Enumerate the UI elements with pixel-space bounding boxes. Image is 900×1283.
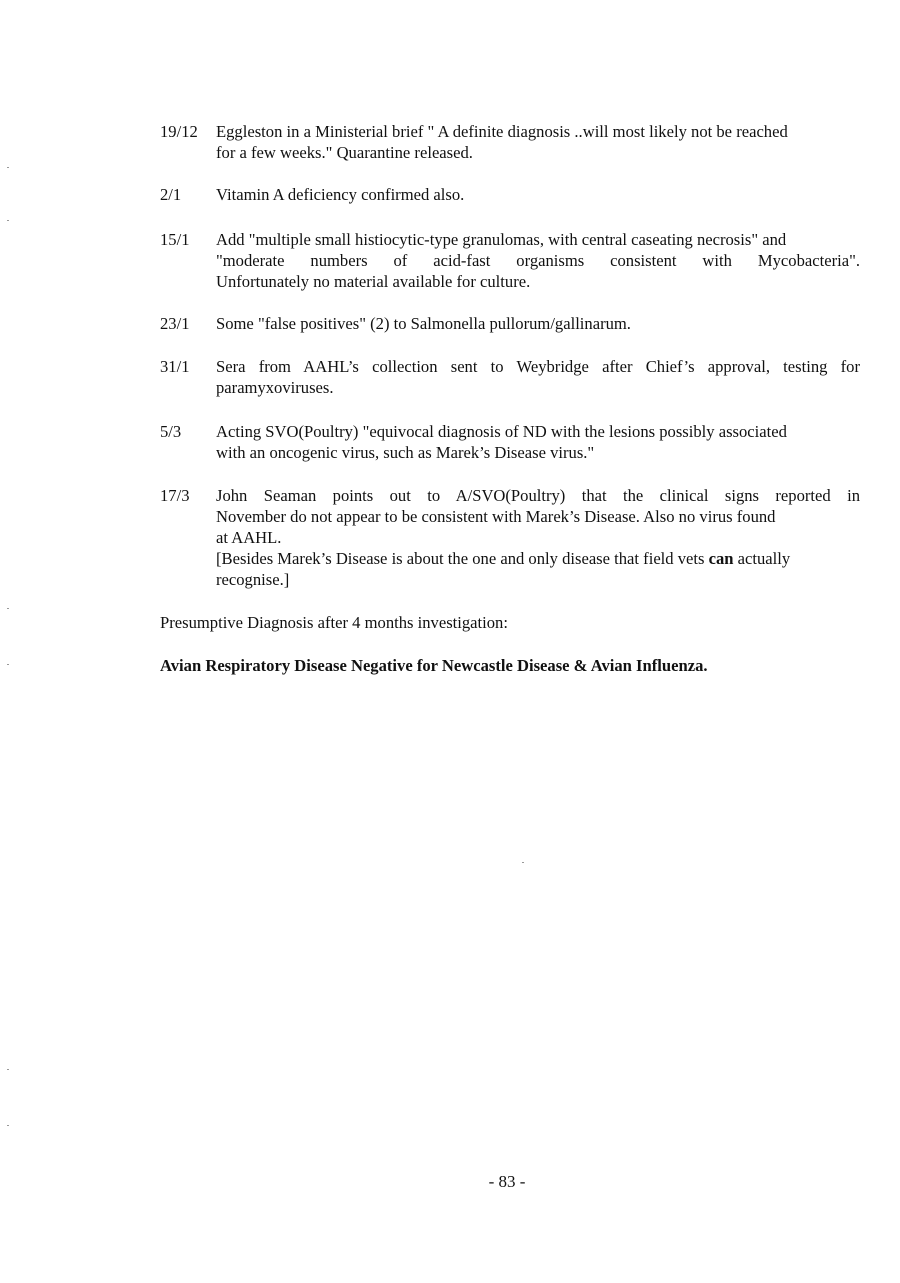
chronology-entry: 2/1 Vitamin A deficiency confirmed also.: [160, 184, 860, 205]
chronology-entry: 19/12 Eggleston in a Ministerial brief "…: [160, 121, 860, 163]
entry-text: Some "false positives" (2) to Salmonella…: [216, 313, 860, 334]
entry-date: 5/3: [160, 421, 216, 442]
entry-line: Add "multiple small histiocytic-type gra…: [216, 229, 860, 250]
page-number: - 83 -: [0, 1172, 900, 1192]
entry-date: 19/12: [160, 121, 216, 142]
note-text: [Besides Marek’s Disease is about the on…: [216, 549, 709, 568]
entry-line: Unfortunately no material available for …: [216, 271, 860, 292]
entry-line: John Seaman points out to A/SVO(Poultry)…: [216, 485, 860, 506]
presumptive-diagnosis-label: Presumptive Diagnosis after 4 months inv…: [160, 612, 508, 633]
chronology-entry: 5/3 Acting SVO(Poultry) "equivocal diagn…: [160, 421, 860, 463]
scan-speck: [7, 1125, 9, 1126]
entry-line: Acting SVO(Poultry) "equivocal diagnosis…: [216, 421, 860, 442]
entry-date: 2/1: [160, 184, 216, 205]
note-emphasis: can: [709, 549, 734, 568]
editorial-note: [Besides Marek’s Disease is about the on…: [216, 548, 860, 569]
scan-speck: [7, 608, 9, 609]
scan-speck: [522, 862, 524, 863]
chronology-entry: 17/3 John Seaman points out to A/SVO(Pou…: [160, 485, 860, 590]
entry-date: 17/3: [160, 485, 216, 506]
entry-text: John Seaman points out to A/SVO(Poultry)…: [216, 485, 860, 590]
entry-date: 15/1: [160, 229, 216, 250]
note-text: actually: [734, 549, 791, 568]
entry-line: paramyxoviruses.: [216, 377, 860, 398]
entry-line: at AAHL.: [216, 527, 860, 548]
entry-line: Vitamin A deficiency confirmed also.: [216, 184, 860, 205]
scan-speck: [7, 1069, 9, 1070]
entry-text: Sera from AAHL’s collection sent to Weyb…: [216, 356, 860, 398]
entry-text: Eggleston in a Ministerial brief " A def…: [216, 121, 860, 163]
editorial-note-end: recognise.]: [216, 569, 860, 590]
conclusion-heading: Avian Respiratory Disease Negative for N…: [160, 655, 708, 676]
entry-line: for a few weeks." Quarantine released.: [216, 142, 860, 163]
entry-date: 31/1: [160, 356, 216, 377]
scan-speck: [7, 220, 9, 221]
entry-text: Acting SVO(Poultry) "equivocal diagnosis…: [216, 421, 860, 463]
entry-line: Some "false positives" (2) to Salmonella…: [216, 313, 860, 334]
document-page: 19/12 Eggleston in a Ministerial brief "…: [0, 0, 900, 1283]
entry-line: November do not appear to be consistent …: [216, 506, 860, 527]
entry-text: Add "multiple small histiocytic-type gra…: [216, 229, 860, 292]
scan-speck: [7, 664, 9, 665]
chronology-entry: 15/1 Add "multiple small histiocytic-typ…: [160, 229, 860, 292]
entry-line: Sera from AAHL’s collection sent to Weyb…: [216, 356, 860, 377]
chronology-entry: 31/1 Sera from AAHL’s collection sent to…: [160, 356, 860, 398]
entry-line: Eggleston in a Ministerial brief " A def…: [216, 121, 860, 142]
chronology-entry: 23/1 Some "false positives" (2) to Salmo…: [160, 313, 860, 334]
entry-text: Vitamin A deficiency confirmed also.: [216, 184, 860, 205]
entry-date: 23/1: [160, 313, 216, 334]
scan-speck: [7, 167, 9, 168]
entry-line: with an oncogenic virus, such as Marek’s…: [216, 442, 860, 463]
entry-line: "moderate numbers of acid-fast organisms…: [216, 250, 860, 271]
